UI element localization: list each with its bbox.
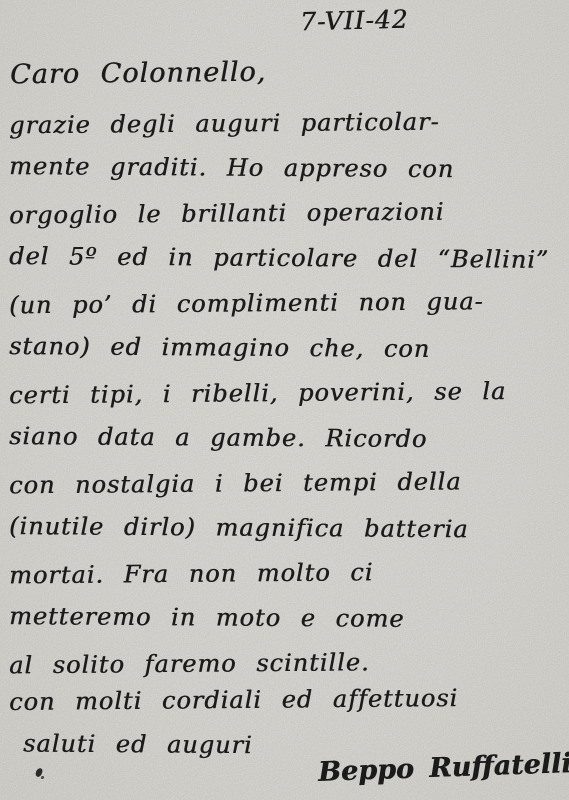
ink-blot <box>41 776 44 779</box>
body-line: (un po’ di complimenti non gua- <box>9 279 563 329</box>
letter-body: grazie degli auguri particolar- mente gr… <box>9 101 563 686</box>
body-line: metteremo in moto e come <box>9 594 563 643</box>
closing-line: con molti cordiali ed affettuosi <box>9 676 459 725</box>
body-line: grazie degli auguri particolar- <box>9 99 563 149</box>
body-line: mortai. Fra non molto ci <box>9 549 563 599</box>
body-line: (inutile dirlo) magnifica batteria <box>9 504 563 553</box>
letter-date: 7-VII-42 <box>300 5 409 37</box>
body-line: stano) ed immagino che, con <box>9 324 563 373</box>
body-line: certi tipi, i ribelli, poverini, se la <box>9 369 563 419</box>
body-line: del 5º ed in particolare del “Bellini” <box>9 234 563 283</box>
salutation: Caro Colonnello, <box>10 57 266 91</box>
letter-page: 7-VII-42 Caro Colonnello, grazie degli a… <box>0 0 569 800</box>
body-line: orgoglio le brillanti operazioni <box>9 189 563 239</box>
body-line: mente graditi. Ho appreso con <box>9 144 563 193</box>
body-line: siano data a gambe. Ricordo <box>9 414 563 463</box>
body-line: con nostalgia i bei tempi della <box>9 459 563 509</box>
